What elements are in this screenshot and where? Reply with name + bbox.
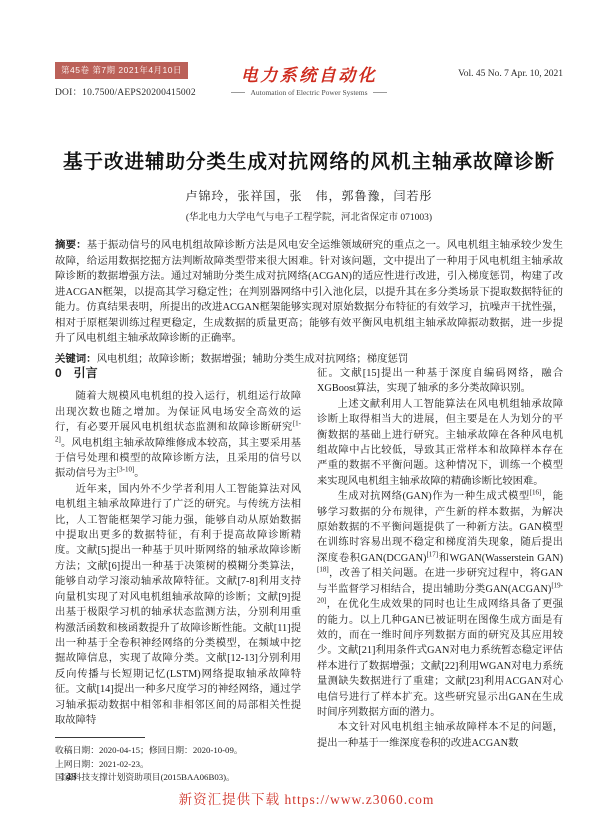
abstract-paragraph: 摘要：基于振动信号的风电机组故障诊断方法是风电安全运维领域研究的重点之一。风电机… xyxy=(55,238,563,347)
logo-rule-right xyxy=(373,92,387,93)
journal-logo: 电力系统自动化 Automation of Electric Power Sys… xyxy=(231,60,386,97)
left-column: 0 引言 随着大规模风电机组的投入运行，机组运行故障出现次数也随之增加。为保证风… xyxy=(55,366,301,785)
footnote-received-dates: 收稿日期：2020-04-15；修回日期：2020-10-09。 xyxy=(55,744,301,758)
issue-box: 第45卷 第7期 2021年4月10日 xyxy=(55,62,188,79)
keywords-text: 风电机组；故障诊断；数据增强；辅助分类生成对抗网络；梯度惩罚 xyxy=(97,354,409,365)
front-matter: 基于改进辅助分类生成对抗网络的风机主轴承故障诊断 卢锦玲，张祥国，张 伟，郭鲁豫… xyxy=(55,146,563,367)
body-paragraph: 本文针对风电机组主轴承故障样本不足的问题，提出一种基于一维深度卷积的改进ACGA… xyxy=(317,720,563,751)
keywords-paragraph: 关键词：风电机组；故障诊断；数据增强；辅助分类生成对抗网络；梯度惩罚 xyxy=(55,352,563,368)
footnote-online-date: 上网日期：2021-02-23。 xyxy=(55,758,301,772)
footnote-block: 收稿日期：2020-04-15；修回日期：2020-10-09。 上网日期：20… xyxy=(55,737,301,785)
footnote-rule xyxy=(55,737,145,738)
footnote-funding: 国家科技支撑计划资助项目(2015BAA06B03)。 xyxy=(55,771,301,785)
abstract-label: 摘要： xyxy=(55,240,87,251)
body-paragraph: 随着大规模风电机组的投入运行，机组运行故障出现次数也随之增加。为保证风电场安全高… xyxy=(55,389,301,481)
body-paragraph: 上述文献利用人工智能算法在风电机组轴承故障诊断上取得相当大的进展，但主要是在人为… xyxy=(317,397,563,489)
right-column: 征。文献[15]提出一种基于深度自编码网络，融合XGBoost算法，实现了轴承的… xyxy=(317,366,563,785)
watermark-text: 新资汇提供下载 https://www.z3060.com xyxy=(0,788,613,808)
journal-name-cn: 电力系统自动化 xyxy=(231,61,386,86)
body-paragraph: 征。文献[15]提出一种基于深度自编码网络，融合XGBoost算法，实现了轴承的… xyxy=(317,366,563,397)
section-heading-introduction: 0 引言 xyxy=(55,366,301,381)
abstract-text: 基于振动信号的风电机组故障诊断方法是风电安全运维领域研究的重点之一。风电机组主轴… xyxy=(55,240,563,344)
keywords-label: 关键词： xyxy=(55,354,97,365)
paper-affiliation: (华北电力大学电气与电子工程学院，河北省保定市 071003) xyxy=(55,209,563,223)
journal-name-en: Automation of Electric Power Systems xyxy=(250,88,367,97)
journal-page: 第45卷 第7期 2021年4月10日 DOI：10.7500/AEPS2020… xyxy=(0,0,613,825)
paper-authors: 卢锦玲，张祥国，张 伟，郭鲁豫，闫若彤 xyxy=(55,187,563,204)
page-number: 148 xyxy=(60,771,77,783)
volume-info: Vol. 45 No. 7 Apr. 10, 2021 xyxy=(387,60,563,79)
doi-text: DOI：10.7500/AEPS20200415002 xyxy=(55,84,231,98)
body-paragraph: 生成对抗网络(GAN)作为一种生成式模型[16]，能够学习数据的分布规律，产生新… xyxy=(317,489,563,720)
body-columns: 0 引言 随着大规模风电机组的投入运行，机组运行故障出现次数也随之增加。为保证风… xyxy=(55,366,563,785)
body-paragraph: 近年来，国内外不少学者利用人工智能算法对风电机组主轴承故障进行了广泛的研究。与传… xyxy=(55,482,301,729)
journal-name-en-row: Automation of Electric Power Systems xyxy=(231,88,386,97)
header-left: 第45卷 第7期 2021年4月10日 DOI：10.7500/AEPS2020… xyxy=(55,60,231,98)
logo-rule-left xyxy=(231,92,245,93)
journal-header: 第45卷 第7期 2021年4月10日 DOI：10.7500/AEPS2020… xyxy=(55,60,563,98)
paper-title: 基于改进辅助分类生成对抗网络的风机主轴承故障诊断 xyxy=(55,146,563,174)
